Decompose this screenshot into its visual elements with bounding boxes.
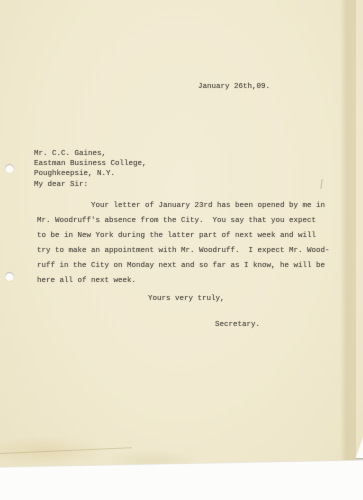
body-line: Mr. Woodruff's absence from the City. Yo… [37,214,330,229]
address-line-city: Poughkeepsie, N.Y. [34,169,147,179]
body-line: to be in New York during the latter part… [37,229,330,244]
body-line: Your letter of January 23rd has been ope… [37,199,330,214]
address-line-company: Eastman Business College, [34,159,147,169]
body-line: try to make an appointment with Mr. Wood… [37,244,330,259]
signature-title: Secretary. [215,321,260,329]
complimentary-closing: Yours very truly, [148,295,225,303]
salutation: My dear Sir: [34,181,88,189]
address-line-name: Mr. C.C. Gaines, [34,149,147,159]
typewritten-letter: January 26th,09. Mr. C.C. Gaines, Eastma… [0,0,363,470]
recipient-address: Mr. C.C. Gaines, Eastman Business Colleg… [34,149,147,179]
body-line: here all of next week. [37,274,330,289]
letter-date: January 26th,09. [198,83,270,91]
body-line: ruff in the City on Monday next and so f… [37,259,330,274]
letter-body: Your letter of January 23rd has been ope… [37,199,330,289]
